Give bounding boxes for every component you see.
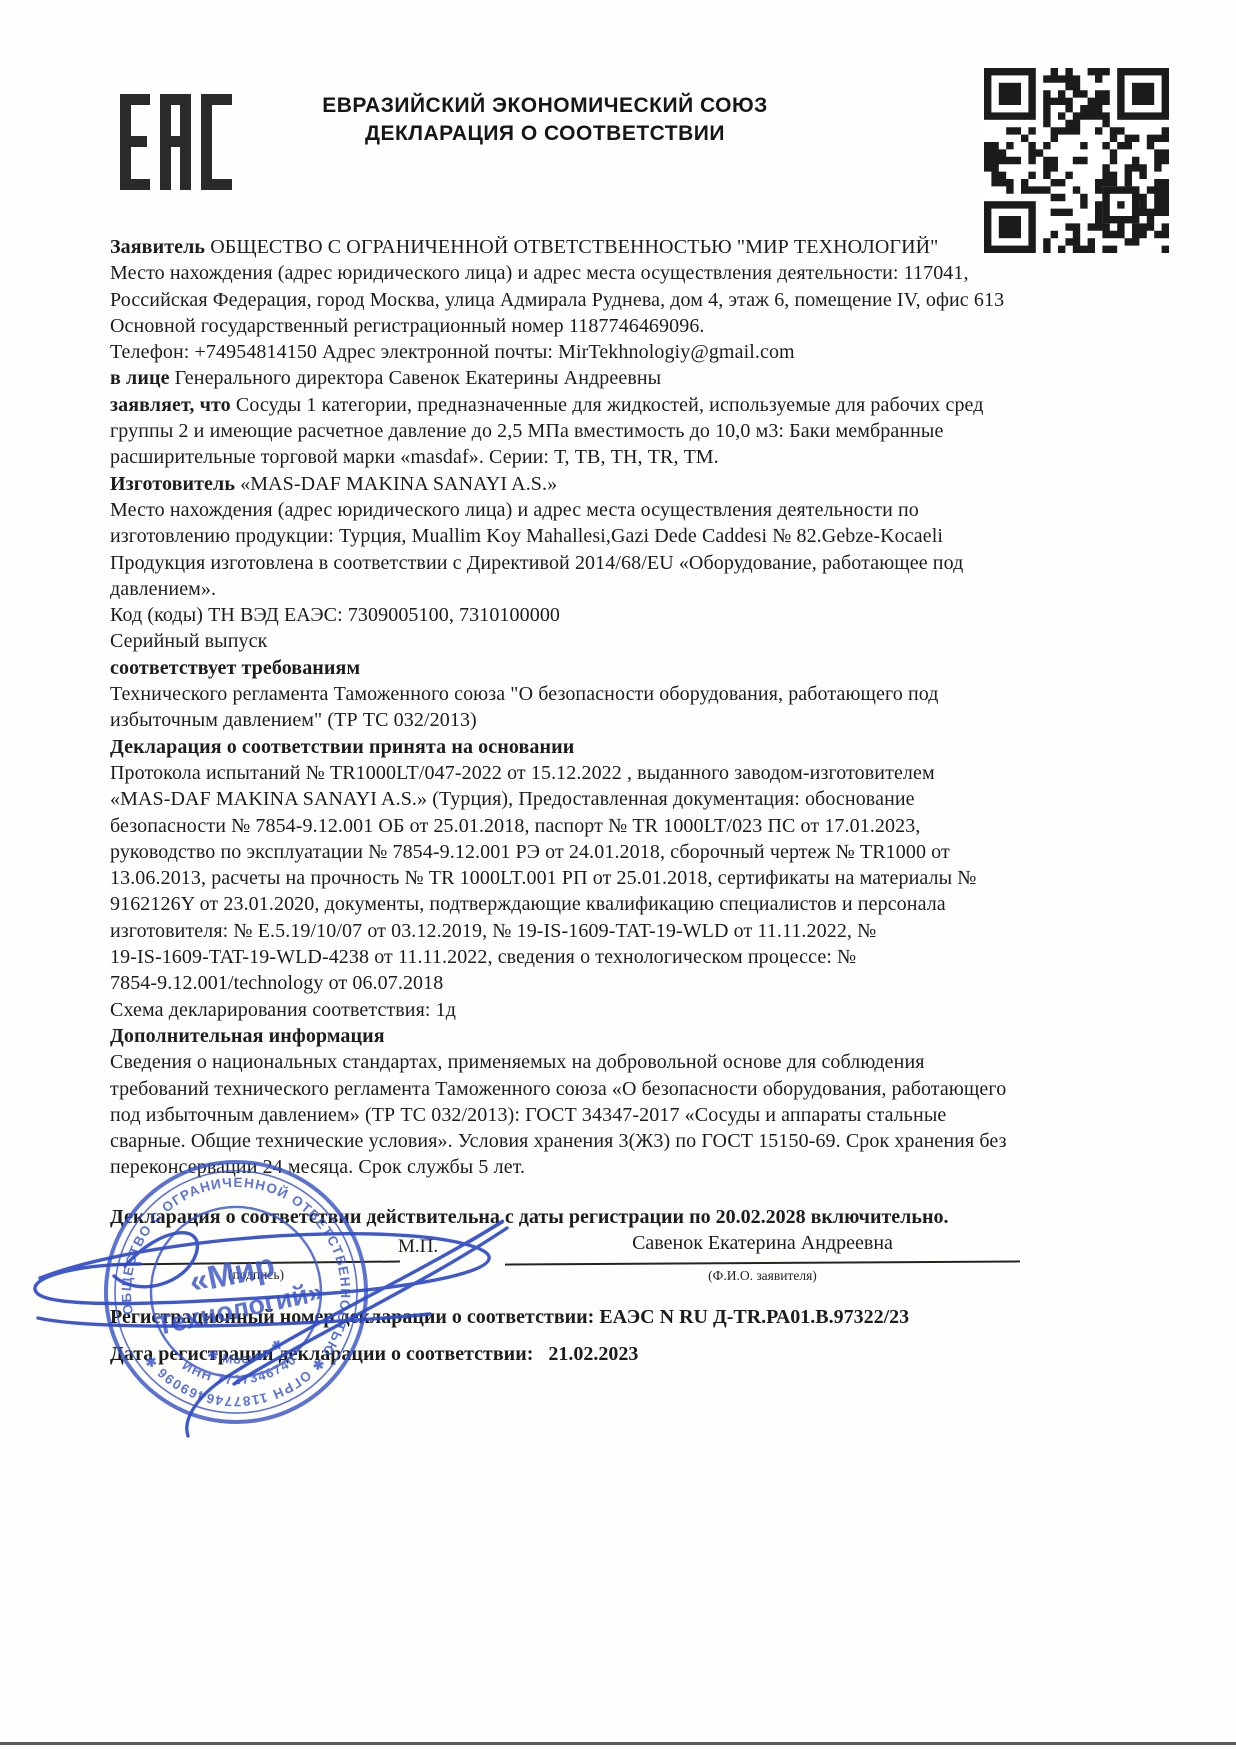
body-line: Технического регламента Таможенного союз… bbox=[110, 681, 1150, 707]
body-line: Изготовитель «MAS-DAF MAKINA SANAYI A.S.… bbox=[110, 471, 1150, 497]
declaration-document: ЕВРАЗИЙСКИЙ ЭКОНОМИЧЕСКИЙ СОЮЗ ДЕКЛАРАЦИ… bbox=[0, 0, 1236, 1752]
body-line: «MAS-DAF MAKINA SANAYI A.S.» (Турция), П… bbox=[110, 786, 1150, 812]
body-line: давлением». bbox=[110, 576, 1150, 602]
body-line: Основной государственный регистрационный… bbox=[110, 313, 1150, 339]
body-line: Код (коды) ТН ВЭД ЕАЭС: 7309005100, 7310… bbox=[110, 602, 1150, 628]
body-line: Серийный выпуск bbox=[110, 628, 1150, 654]
body-line: Телефон: +74954814150 Адрес электронной … bbox=[110, 339, 1150, 365]
body-line: изготовлению продукции: Турция, Muallim … bbox=[110, 523, 1150, 549]
title-union: ЕВРАЗИЙСКИЙ ЭКОНОМИЧЕСКИЙ СОЮЗ bbox=[310, 92, 780, 120]
body-line: Российская Федерация, город Москва, улиц… bbox=[110, 287, 1150, 313]
body-line: требований технического регламента Тамож… bbox=[110, 1076, 1150, 1102]
body-line: 13.06.2013, расчеты на прочность № TR 10… bbox=[110, 865, 1150, 891]
body-line: 19-IS-1609-TAT-19-WLD-4238 от 11.11.2022… bbox=[110, 944, 1150, 970]
body-line: Место нахождения (адрес юридического лиц… bbox=[110, 497, 1150, 523]
body-line: Схема декларирования соответствия: 1д bbox=[110, 997, 1150, 1023]
body-line: 7854-9.12.001/technology от 06.07.2018 bbox=[110, 970, 1150, 996]
body-line: группы 2 и имеющие расчетное давление до… bbox=[110, 418, 1150, 444]
body-line: Дополнительная информация bbox=[110, 1023, 1150, 1049]
body-line: Заявитель ОБЩЕСТВО С ОГРАНИЧЕННОЙ ОТВЕТС… bbox=[110, 234, 1150, 260]
title-declaration: ДЕКЛАРАЦИЯ О СООТВЕТСТВИИ bbox=[310, 120, 780, 148]
body-line: соответствует требованиям bbox=[110, 655, 1150, 681]
body-line: Продукция изготовлена в соответствии с Д… bbox=[110, 550, 1150, 576]
body-line: расширительные торговой марки «masdaf». … bbox=[110, 444, 1150, 470]
handwritten-signature bbox=[10, 1118, 650, 1478]
body-line: изготовителя: № E.5.19/10/07 от 03.12.20… bbox=[110, 918, 1150, 944]
body-line: Протокола испытаний № TR1000LT/047-2022 … bbox=[110, 760, 1150, 786]
body-line: в лице Генерального директора Савенок Ек… bbox=[110, 365, 1150, 391]
body-line: Место нахождения (адрес юридического лиц… bbox=[110, 260, 1150, 286]
document-title: ЕВРАЗИЙСКИЙ ЭКОНОМИЧЕСКИЙ СОЮЗ ДЕКЛАРАЦИ… bbox=[310, 92, 780, 148]
body-line: Декларация о соответствии принята на осн… bbox=[110, 734, 1150, 760]
page-bottom-rule bbox=[0, 1742, 1236, 1745]
body-line: безопасности № 7854-9.12.001 ОБ от 25.01… bbox=[110, 813, 1150, 839]
body-line: 9162126Y от 23.01.2020, документы, подтв… bbox=[110, 891, 1150, 917]
body-line: избыточным давлением" (ТР ТС 032/2013) bbox=[110, 707, 1150, 733]
qr-code-icon bbox=[984, 68, 1169, 258]
body-line: руководство по эксплуатации № 7854-9.12.… bbox=[110, 839, 1150, 865]
body-text: Заявитель ОБЩЕСТВО С ОГРАНИЧЕННОЙ ОТВЕТС… bbox=[110, 234, 1150, 1181]
eac-logo-icon bbox=[120, 94, 234, 190]
body-line: Сведения о национальных стандартах, прим… bbox=[110, 1049, 1150, 1075]
body-line: заявляет, что Сосуды 1 категории, предна… bbox=[110, 392, 1150, 418]
